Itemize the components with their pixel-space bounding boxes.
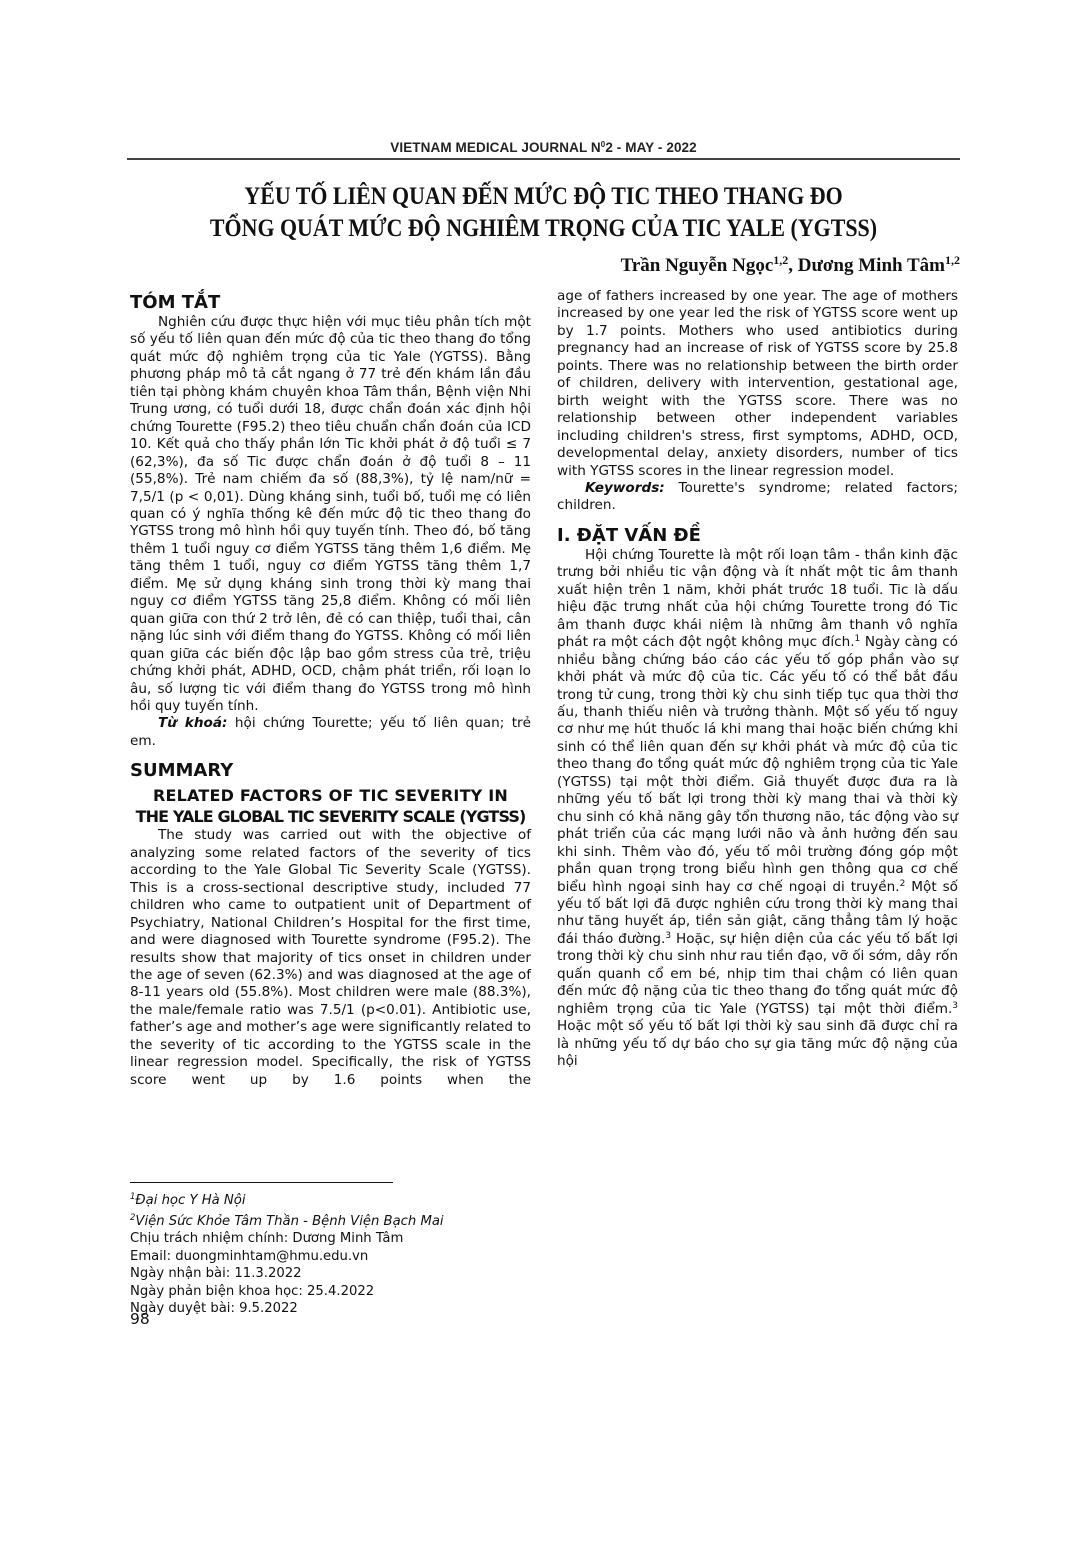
author-separator: , <box>788 255 798 276</box>
author-list: Trần Nguyễn Ngọc1,2, Dương Minh Tâm1,2 <box>621 253 960 277</box>
abstract-en-body-part-1: The study was carried out with the objec… <box>130 827 531 1089</box>
date-received: Ngày nhận bài: 11.3.2022 <box>130 1265 530 1283</box>
abstract-en-heading: SUMMARY <box>130 760 531 782</box>
title-line-1: YẾU TỐ LIÊN QUAN ĐẾN MỨC ĐỘ TIC THEO THA… <box>185 180 901 212</box>
citation-3b: 3 <box>952 1001 958 1011</box>
affiliation-2: 2Viện Sức Khỏe Tâm Thần - Bệnh Viện Bạch… <box>130 1210 530 1231</box>
keywords-vi-label: Từ khoá: <box>158 715 227 731</box>
affiliation-2-text: Viện Sức Khỏe Tâm Thần - Bệnh Viện Bạch … <box>135 1214 443 1229</box>
running-head: VIETNAM MEDICAL JOURNAL N02 - MAY - 2022 <box>127 140 960 155</box>
footnote-rule <box>130 1182 393 1183</box>
page-number: 98 <box>130 1310 150 1328</box>
email: Email: duongminhtam@hmu.edu.vn <box>130 1248 530 1266</box>
date-accepted: Ngày duyệt bài: 9.5.2022 <box>130 1300 530 1318</box>
abstract-en-body-part-2: age of fathers increased by one year. Th… <box>557 288 958 480</box>
title-line-2: TỔNG QUÁT MỨC ĐỘ NGHIÊM TRỌNG CỦA TIC YA… <box>185 212 901 244</box>
abstract-vi-keywords: Từ khoá: hội chứng Tourette; yếu tố liên… <box>130 715 531 750</box>
corresponding-author: Chịu trách nhiệm chính: Dương Minh Tâm <box>130 1230 530 1248</box>
abstract-vi-heading: TÓM TẮT <box>130 292 531 314</box>
affiliation-1: 1Đại học Y Hà Nội <box>130 1189 530 1210</box>
left-column: TÓM TẮT Nghiên cứu được thực hiện với mụ… <box>130 292 531 1089</box>
running-head-suffix: 2 - MAY - 2022 <box>605 140 696 155</box>
journal-page: VIETNAM MEDICAL JOURNAL N02 - MAY - 2022… <box>0 0 1090 1541</box>
footnotes: 1Đại học Y Hà Nội 2Viện Sức Khỏe Tâm Thầ… <box>130 1189 530 1318</box>
introduction-heading: I. ĐẶT VẤN ĐỀ <box>557 525 958 547</box>
author-1-affiliation: 1,2 <box>773 253 788 267</box>
affiliation-1-text: Đại học Y Hà Nội <box>135 1193 245 1208</box>
keywords-en-label: Keywords: <box>585 480 665 496</box>
intro-text-5: Hoặc một số yếu tố bất lợi thời kỳ sau s… <box>557 1018 958 1069</box>
abstract-vi-body: Nghiên cứu được thực hiện với mục tiêu p… <box>130 314 531 715</box>
article-title: YẾU TỐ LIÊN QUAN ĐẾN MỨC ĐỘ TIC THEO THA… <box>185 180 901 244</box>
running-head-prefix: VIETNAM MEDICAL JOURNAL N <box>390 140 601 155</box>
abstract-en-keywords: Keywords: Tourette's syndrome; related f… <box>557 480 958 515</box>
author-2-affiliation: 1,2 <box>945 253 960 267</box>
spacer <box>130 750 531 760</box>
header-rule <box>127 158 960 160</box>
spacer <box>557 515 958 525</box>
author-2-name: Dương Minh Tâm <box>798 255 945 276</box>
introduction-body: Hội chứng Tourette là một rối loạn tâm -… <box>557 547 958 1071</box>
intro-text-2: Ngày càng có nhiều bằng chứng báo cáo cá… <box>557 634 958 894</box>
right-column: age of fathers increased by one year. Th… <box>557 288 958 1070</box>
abstract-en-title-line-2: THE YALE GLOBAL TIC SEVERITY SCALE (YGTS… <box>130 806 531 827</box>
date-reviewed: Ngày phản biện khoa học: 25.4.2022 <box>130 1283 530 1301</box>
author-1-name: Trần Nguyễn Ngọc <box>621 255 774 276</box>
abstract-en-title-line-1: RELATED FACTORS OF TIC SEVERITY IN <box>130 785 531 806</box>
